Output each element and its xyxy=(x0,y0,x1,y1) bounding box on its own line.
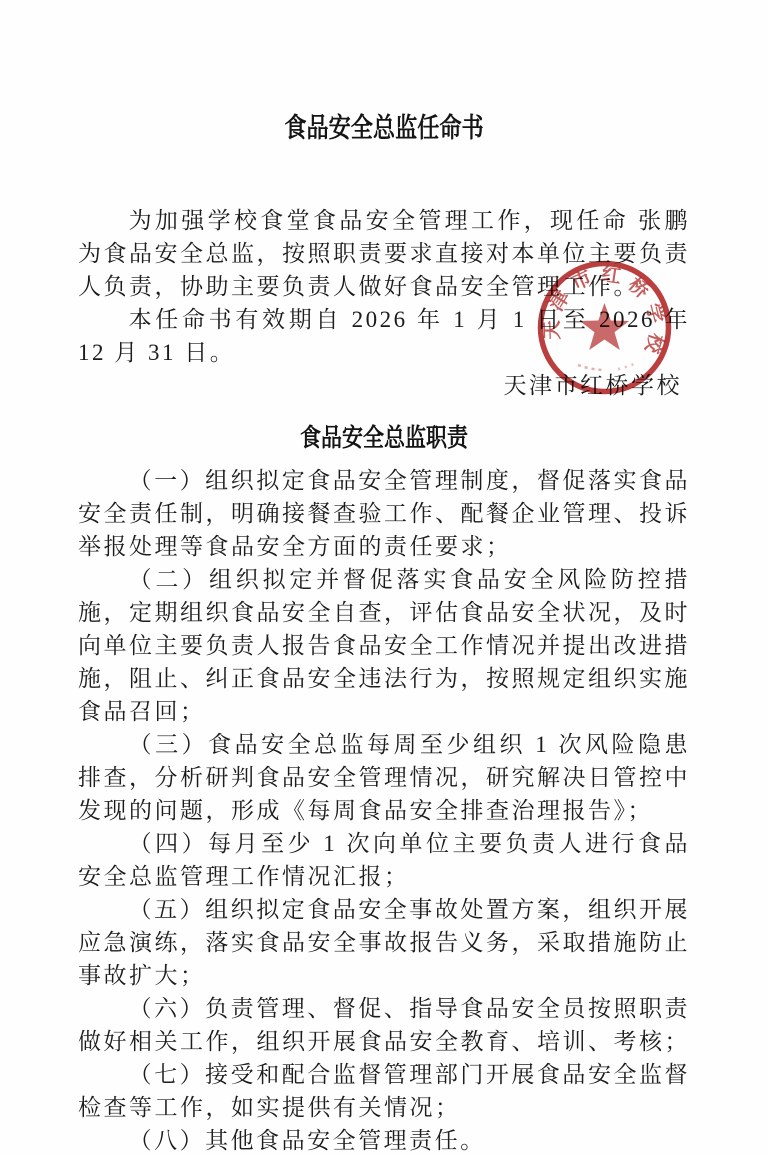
duty-item-1: （一）组织拟定食品安全管理制度，督促落实食品安全责任制，明确接餐查验工作、配餐企… xyxy=(78,464,690,563)
duty-item-7: （七）接受和配合监督管理部门开展食品安全监督检查等工作，如实提供有关情况； xyxy=(78,1058,690,1124)
duty-item-2: （二）组织拟定并督促落实食品安全风险防控措施，定期组织食品安全自查，评估食品安全… xyxy=(78,563,690,728)
duties-section-title: 食品安全总监职责 xyxy=(127,418,641,454)
document-page: 食品安全总监任命书 为加强学校食堂食品安全管理工作，现任命 张鹏 为食品安全总监… xyxy=(0,0,768,1155)
duty-item-3: （三）食品安全总监每周至少组织 1 次风险隐患排查，分析研判食品安全管理情况，研… xyxy=(78,728,690,827)
appointment-paragraph: 为加强学校食堂食品安全管理工作，现任命 张鹏 为食品安全总监，按照职责要求直接对… xyxy=(78,204,690,303)
duty-item-8: （八）其他食品安全管理责任。 xyxy=(78,1124,690,1155)
document-content: 食品安全总监任命书 为加强学校食堂食品安全管理工作，现任命 张鹏 为食品安全总监… xyxy=(0,106,768,1155)
issuing-organization-signature: 天津市红桥学校 xyxy=(78,369,690,403)
duty-item-4: （四）每月至少 1 次向单位主要负责人进行食品安全总监管理工作情况汇报； xyxy=(78,827,690,893)
duty-item-5: （五）组织拟定食品安全事故处置方案，组织开展应急演练，落实食品安全事故报告义务，… xyxy=(78,893,690,992)
duty-item-6: （六）负责管理、督促、指导食品安全员按照职责做好相关工作，组织开展食品安全教育、… xyxy=(78,992,690,1058)
validity-period-paragraph: 本任命书有效期自 2026 年 1 月 1 日至 2026 年 12 月 31 … xyxy=(78,303,690,369)
document-title: 食品安全总监任命书 xyxy=(133,106,635,145)
